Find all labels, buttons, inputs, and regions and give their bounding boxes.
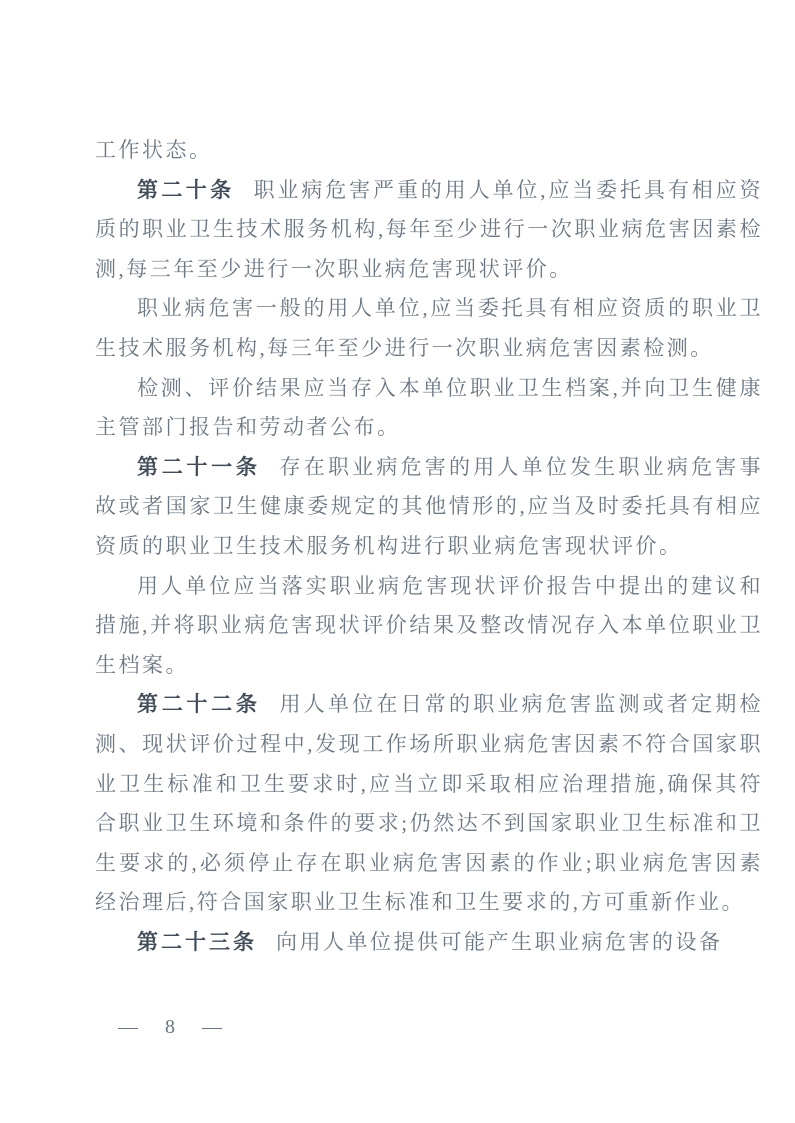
paragraph: 工作状态。 <box>95 131 763 171</box>
paragraph-text: 职业病危害一般的用人单位,应当委托具有相应资质的职业卫生技术服务机构,每三年至少… <box>95 296 763 360</box>
document-page: 工作状态。 第二十条职业病危害严重的用人单位,应当委托具有相应资质的职业卫生技术… <box>0 0 795 1123</box>
paragraph-text: 检测、评价结果应当存入本单位职业卫生档案,并向卫生健康主管部门报告和劳动者公布。 <box>95 376 763 440</box>
paragraph: 检测、评价结果应当存入本单位职业卫生档案,并向卫生健康主管部门报告和劳动者公布。 <box>95 369 763 448</box>
paragraph-text: 用人单位在日常的职业病危害监测或者定期检测、现状评价过程中,发现工作场所职业病危… <box>95 692 763 914</box>
paragraph: 第二十二条用人单位在日常的职业病危害监测或者定期检测、现状评价过程中,发现工作场… <box>95 685 763 923</box>
paragraph: 第二十一条存在职业病危害的用人单位发生职业病危害事故或者国家卫生健康委规定的其他… <box>95 448 763 567</box>
article-number: 第二十一条 <box>137 455 261 479</box>
article-number: 第二十三条 <box>137 930 257 954</box>
paragraph-text: 工作状态。 <box>95 138 213 162</box>
paragraph-text: 向用人单位提供可能产生职业病危害的设备 <box>276 930 723 954</box>
page-number-footer: — 8 — <box>118 1012 228 1042</box>
paragraph: 第二十条职业病危害严重的用人单位,应当委托具有相应资质的职业卫生技术服务机构,每… <box>95 171 763 290</box>
document-body: 工作状态。 第二十条职业病危害严重的用人单位,应当委托具有相应资质的职业卫生技术… <box>95 131 763 962</box>
paragraph-text: 用人单位应当落实职业病危害现状评价报告中提出的建议和措施,并将职业病危害现状评价… <box>95 574 763 677</box>
paragraph: 职业病危害一般的用人单位,应当委托具有相应资质的职业卫生技术服务机构,每三年至少… <box>95 289 763 368</box>
paragraph: 第二十三条向用人单位提供可能产生职业病危害的设备 <box>95 923 763 963</box>
article-number: 第二十条 <box>137 178 235 202</box>
paragraph: 用人单位应当落实职业病危害现状评价报告中提出的建议和措施,并将职业病危害现状评价… <box>95 567 763 686</box>
article-number: 第二十二条 <box>137 692 261 716</box>
